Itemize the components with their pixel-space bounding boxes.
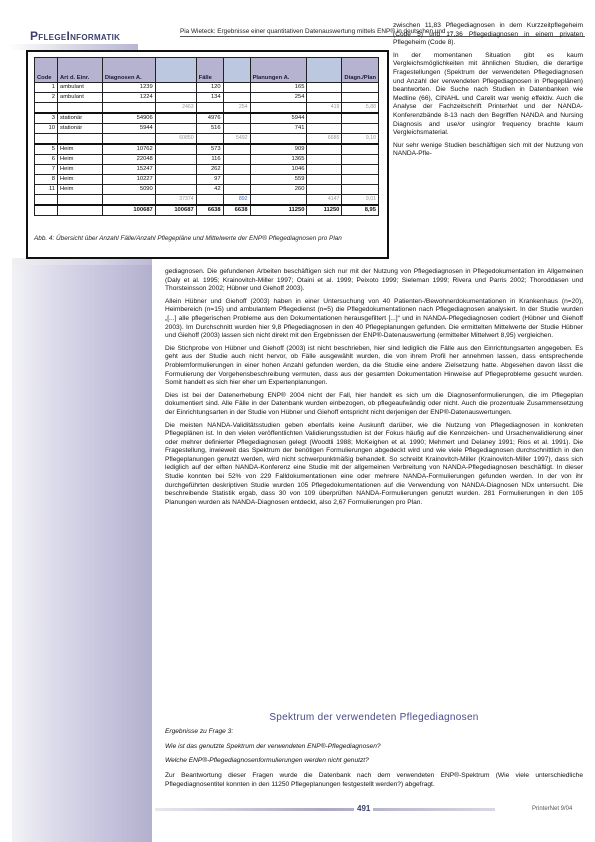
page-number: 491 bbox=[354, 804, 373, 813]
cell-plan: 11250 bbox=[250, 205, 307, 216]
cell-diag-sub bbox=[155, 93, 196, 103]
cell-diag-sub bbox=[155, 155, 196, 165]
cell-faelle: 573 bbox=[196, 144, 223, 155]
col-header-diagnosen: Diagnosen A. bbox=[102, 58, 155, 83]
cell-dp bbox=[342, 185, 379, 195]
cell-art: stationär bbox=[57, 124, 102, 134]
cell-diag: 54906 bbox=[102, 113, 155, 124]
cell-plan-sub bbox=[307, 124, 342, 134]
cell-diag: 1224 bbox=[102, 93, 155, 103]
cell-dp: 9,01 bbox=[342, 195, 379, 206]
cell-code: 3 bbox=[35, 113, 58, 124]
table-row: 10stationär5944516741 bbox=[35, 124, 379, 134]
cell-plan: 254 bbox=[250, 93, 307, 103]
cell-faelle-sub bbox=[223, 83, 250, 93]
cell-plan: 741 bbox=[250, 124, 307, 134]
cell-faelle-sub bbox=[223, 93, 250, 103]
figure-table-box: Code Art d. Einr. Diagnosen A. Fälle Pla… bbox=[26, 50, 389, 259]
cell-faelle-sub: 254 bbox=[223, 103, 250, 114]
footer-rule bbox=[155, 808, 495, 811]
cell-diag: 15247 bbox=[102, 165, 155, 175]
cell-plan-sub bbox=[307, 165, 342, 175]
paragraph: Zur Beantwortung dieser Fragen wurde die… bbox=[165, 772, 583, 789]
cell-plan-sub bbox=[307, 83, 342, 93]
col-header-diag-sub bbox=[155, 58, 196, 83]
col-header-faelle-sub bbox=[223, 58, 250, 83]
cell-diag-sub: 100687 bbox=[155, 205, 196, 216]
question-1: Wie ist das genutzte Spektrum der verwen… bbox=[165, 743, 583, 750]
cell-plan: 1365 bbox=[250, 155, 307, 165]
cell-diag: 100687 bbox=[102, 205, 155, 216]
cell-diag-sub: 60850 bbox=[155, 134, 196, 145]
col-header-code: Code bbox=[35, 58, 58, 83]
cell-faelle: 97 bbox=[196, 175, 223, 185]
cell-faelle-sub: 6638 bbox=[223, 205, 250, 216]
cell-art bbox=[57, 195, 102, 206]
cell-diag: 5944 bbox=[102, 124, 155, 134]
cell-faelle: 516 bbox=[196, 124, 223, 134]
table-row: 2ambulant1224134254 bbox=[35, 93, 379, 103]
col-header-art: Art d. Einr. bbox=[57, 58, 102, 83]
cell-diag-sub bbox=[155, 124, 196, 134]
cell-dp bbox=[342, 165, 379, 175]
cell-plan-sub bbox=[307, 185, 342, 195]
col-header-planungen: Planungen A. bbox=[250, 58, 307, 83]
table-subtotal-row: 3737489241479,01 bbox=[35, 195, 379, 206]
data-table: Code Art d. Einr. Diagnosen A. Fälle Pla… bbox=[34, 57, 379, 216]
cell-dp: 5,88 bbox=[342, 103, 379, 114]
cell-art: stationär bbox=[57, 113, 102, 124]
cell-dp bbox=[342, 175, 379, 185]
cell-plan-sub bbox=[307, 144, 342, 155]
cell-code: 2 bbox=[35, 93, 58, 103]
table-row: 6Heim220481161365 bbox=[35, 155, 379, 165]
cell-art: Heim bbox=[57, 165, 102, 175]
cell-plan: 559 bbox=[250, 175, 307, 185]
cell-code: 5 bbox=[35, 144, 58, 155]
cell-faelle-sub bbox=[223, 155, 250, 165]
cell-diag: 1239 bbox=[102, 83, 155, 93]
cell-dp bbox=[342, 93, 379, 103]
cell-plan bbox=[250, 134, 307, 145]
cell-dp bbox=[342, 155, 379, 165]
cell-plan-sub bbox=[307, 93, 342, 103]
cell-code: 8 bbox=[35, 175, 58, 185]
cell-art: Heim bbox=[57, 144, 102, 155]
cell-code bbox=[35, 134, 58, 145]
paragraph: Die meisten NANDA-Validitätsstudien gebe… bbox=[165, 422, 583, 508]
cell-art bbox=[57, 205, 102, 216]
cell-faelle: 120 bbox=[196, 83, 223, 93]
cell-plan-sub: 4147 bbox=[307, 195, 342, 206]
cell-art: ambulant bbox=[57, 93, 102, 103]
cell-art bbox=[57, 134, 102, 145]
cell-diag-sub bbox=[155, 175, 196, 185]
right-column-text: zwischen 11,83 Pflegediagnosen in dem Ku… bbox=[393, 22, 583, 159]
cell-faelle bbox=[196, 195, 223, 206]
table-subtotal-row: 60850549266859,10 bbox=[35, 134, 379, 145]
cell-code: 10 bbox=[35, 124, 58, 134]
cell-diag: 5090 bbox=[102, 185, 155, 195]
cell-plan-sub: 419 bbox=[307, 103, 342, 114]
cell-art: Heim bbox=[57, 185, 102, 195]
paragraph: Nur sehr wenige Studien beschäftigen sic… bbox=[393, 142, 583, 159]
section-heading: Spektrum der verwendeten Pflegediagnosen bbox=[165, 712, 583, 723]
cell-diag-sub bbox=[155, 165, 196, 175]
table-row: 11Heim509042260 bbox=[35, 185, 379, 195]
cell-dp bbox=[342, 113, 379, 124]
table-total-row: 1006871006876638663811250112508,95 bbox=[35, 205, 379, 216]
cell-code: 6 bbox=[35, 155, 58, 165]
cell-faelle: 6638 bbox=[196, 205, 223, 216]
paragraph: Allein Hübner und Giehoff (2003) haben i… bbox=[165, 298, 583, 341]
col-header-diag-plan: Diagn./Plan bbox=[342, 58, 379, 83]
cell-diag: 10762 bbox=[102, 144, 155, 155]
figure-caption: Abb. 4: Übersicht über Anzahl Fälle/Anza… bbox=[34, 235, 379, 243]
cell-diag: 10227 bbox=[102, 175, 155, 185]
table-header-row: Code Art d. Einr. Diagnosen A. Fälle Pla… bbox=[35, 58, 379, 83]
cell-faelle-sub: 892 bbox=[223, 195, 250, 206]
cell-dp bbox=[342, 144, 379, 155]
cell-faelle: 4976 bbox=[196, 113, 223, 124]
cell-plan: 1046 bbox=[250, 165, 307, 175]
cell-faelle: 262 bbox=[196, 165, 223, 175]
cell-plan bbox=[250, 103, 307, 114]
cell-diag bbox=[102, 103, 155, 114]
cell-faelle bbox=[196, 134, 223, 145]
cell-faelle-sub bbox=[223, 124, 250, 134]
cell-diag-sub bbox=[155, 185, 196, 195]
cell-code: 1 bbox=[35, 83, 58, 93]
cell-faelle bbox=[196, 103, 223, 114]
cell-code bbox=[35, 205, 58, 216]
cell-diag bbox=[102, 134, 155, 145]
cell-diag bbox=[102, 195, 155, 206]
cell-plan-sub bbox=[307, 113, 342, 124]
cell-plan-sub: 6685 bbox=[307, 134, 342, 145]
paragraph: gediagnosen. Die gefundenen Arbeiten bes… bbox=[165, 268, 583, 294]
question-2: Welche ENP®-Pflegediagnosenformulierunge… bbox=[165, 757, 583, 764]
cell-art: ambulant bbox=[57, 83, 102, 93]
cell-dp: 9,10 bbox=[342, 134, 379, 145]
left-margin-bar bbox=[12, 265, 152, 842]
cell-dp: 8,95 bbox=[342, 205, 379, 216]
cell-faelle-sub bbox=[223, 185, 250, 195]
cell-code bbox=[35, 103, 58, 114]
cell-art bbox=[57, 103, 102, 114]
cell-faelle: 116 bbox=[196, 155, 223, 165]
cell-art: Heim bbox=[57, 175, 102, 185]
cell-faelle-sub bbox=[223, 165, 250, 175]
table-subtotal-row: 24632544195,88 bbox=[35, 103, 379, 114]
cell-diag-sub bbox=[155, 113, 196, 124]
cell-diag-sub bbox=[155, 83, 196, 93]
paragraph: Dies ist bei der Datenerhebung ENP® 2004… bbox=[165, 392, 583, 418]
col-header-plan-sub bbox=[307, 58, 342, 83]
results-label: Ergebnisse zu Frage 3: bbox=[165, 728, 583, 735]
main-body-text: gediagnosen. Die gefundenen Arbeiten bes… bbox=[165, 268, 583, 511]
cell-code: 11 bbox=[35, 185, 58, 195]
cell-diag-sub: 2463 bbox=[155, 103, 196, 114]
cell-faelle-sub bbox=[223, 113, 250, 124]
cell-faelle: 134 bbox=[196, 93, 223, 103]
paragraph: Die Stichprobe von Hübner und Giehoff (2… bbox=[165, 345, 583, 388]
cell-faelle-sub: 5492 bbox=[223, 134, 250, 145]
cell-diag-sub bbox=[155, 144, 196, 155]
cell-plan-sub: 11250 bbox=[307, 205, 342, 216]
cell-faelle: 42 bbox=[196, 185, 223, 195]
cell-plan: 260 bbox=[250, 185, 307, 195]
cell-plan: 5944 bbox=[250, 113, 307, 124]
cell-art: Heim bbox=[57, 155, 102, 165]
cell-plan-sub bbox=[307, 155, 342, 165]
col-header-faelle: Fälle bbox=[196, 58, 223, 83]
cell-code bbox=[35, 195, 58, 206]
paragraph: In der momentanen Situation gibt es kaum… bbox=[393, 52, 583, 138]
cell-diag: 22048 bbox=[102, 155, 155, 165]
cell-code: 7 bbox=[35, 165, 58, 175]
cell-diag-sub: 37374 bbox=[155, 195, 196, 206]
cell-plan bbox=[250, 195, 307, 206]
paragraph: zwischen 11,83 Pflegediagnosen in dem Ku… bbox=[393, 22, 583, 48]
cell-faelle-sub bbox=[223, 144, 250, 155]
table-row: 7Heim152472621046 bbox=[35, 165, 379, 175]
table-row: 3stationär5490649765944 bbox=[35, 113, 379, 124]
cell-plan: 909 bbox=[250, 144, 307, 155]
cell-plan: 165 bbox=[250, 83, 307, 93]
journal-brand: PflegeInformatik bbox=[30, 29, 120, 43]
table-row: 8Heim1022797559 bbox=[35, 175, 379, 185]
cell-plan-sub bbox=[307, 175, 342, 185]
cell-faelle-sub bbox=[223, 175, 250, 185]
table-row: 1ambulant1239120165 bbox=[35, 83, 379, 93]
cell-dp bbox=[342, 124, 379, 134]
journal-issue: PrinterNet 9/04 bbox=[532, 806, 572, 812]
cell-dp bbox=[342, 83, 379, 93]
table-row: 5Heim10762573909 bbox=[35, 144, 379, 155]
